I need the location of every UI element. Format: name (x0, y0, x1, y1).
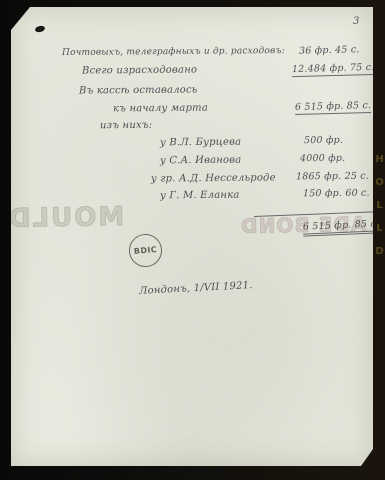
ledger-total: 6 515 фр. 85 с. (303, 218, 373, 236)
ledger-entry-name: у В.Л. Бурцева (160, 137, 241, 149)
page-number: 3 (353, 16, 360, 27)
film-edge-watermark: HOLLD (374, 148, 385, 263)
ledger-line-amount: 12.484 фр. 75 с. (292, 62, 373, 77)
date-line: Лондонъ, 1/VII 1921. (139, 280, 253, 297)
ledger-line-text: къ началу марта (113, 103, 208, 115)
ledger-entry-amount: 500 фр. (304, 135, 343, 146)
ink-blot (34, 25, 45, 33)
ledger-line-text: изъ нихъ: (100, 120, 152, 131)
paper-watermark-mould: MOULD (11, 202, 125, 234)
ledger-entry-name: у Г. М. Еланка (160, 190, 240, 202)
ledger-line-amount: 36 фр. 45 с. (299, 44, 360, 57)
ledger-line-text: Въ кассѣ оставалось (79, 84, 198, 96)
bdic-stamp-label: BDIC (134, 245, 158, 256)
ledger-entry-amount: 150 фр. 60 с. (303, 188, 370, 200)
ledger-line-text: Почтовыхъ, телеграфныхъ и др. расходовъ: (62, 46, 285, 58)
ledger-entry-amount: 4000 фр. (300, 153, 345, 164)
ledger-entry-name: у гр. А.Д. Нессельроде (151, 172, 276, 184)
scanned-document: HOLLD MOULD ADE BOND 3 Почтовыхъ, телегр… (0, 0, 385, 480)
ledger-entry-amount: 1865 фр. 25 с. (296, 171, 369, 183)
ledger-entry-name: у С.А. Иванова (160, 155, 242, 167)
ledger-line-text: Всего израсходовано (82, 64, 197, 76)
bdic-stamp: BDIC (128, 233, 164, 269)
document-page: MOULD ADE BOND 3 Почтовыхъ, телеграфныхъ… (11, 7, 373, 466)
ledger-line-amount: 6 515 фр. 85 с. (295, 100, 372, 115)
